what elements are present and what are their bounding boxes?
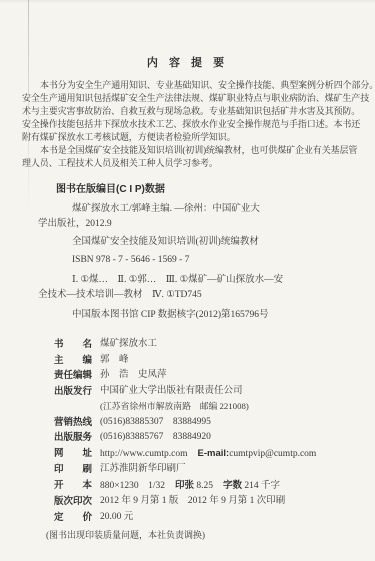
format-details: 880×1230 1/32印张 8.25字数 214 千字 <box>100 478 280 495</box>
summary-line: 附有煤矿探放水工考核试题，方便读者检验所学知识。 <box>22 131 353 144</box>
field-label: 出版服务 <box>54 430 100 446</box>
cip-heading: 图书在版编目(C I P)数据 <box>56 183 353 197</box>
price-value: 20.00 元 <box>100 510 133 526</box>
cip-classification-line-1: Ⅰ. ①煤… Ⅱ. ①郭… Ⅲ. ①煤矿—矿山探放水—安 <box>72 273 353 288</box>
colophon-row-publishing-service: 出版服务 (0516)83885767 83884920 <box>22 430 353 446</box>
field-label: 出版发行 <box>54 384 100 400</box>
colophon-row-chief-editor: 主 编 郭 峰 <box>22 353 353 369</box>
cip-series: 全国煤矿安全技能及知识培训(初训)统编教材 <box>72 235 353 250</box>
summary-paragraph-2: 本书是全国煤矿安全技能及知识培训(初训)统编教材，也可供煤矿企业有关基层管 理人… <box>22 144 353 170</box>
field-label: 营销热线 <box>54 415 100 431</box>
book-copyright-page: 内 容 提 要 本书分为安全生产通用知识、专业基础知识、安全操作技能、典型案例分… <box>0 0 375 561</box>
edition-and-printing: 2012 年 9 月第 1 版 2012 年 9 月第 1 次印刷 <box>100 494 285 510</box>
field-label: 开 本 <box>54 478 100 495</box>
summary-paragraph-1: 本书分为安全生产通用知识、专业基础知识、安全操作技能、典型案例分析四个部分。 安… <box>22 79 353 144</box>
cip-classification-line-2: 全技术—技术培训—教材 Ⅳ. ①TD745 <box>38 288 353 303</box>
cip-entry-line-1: 煤矿探放水工/郭峰主编. —徐州：中国矿业大 <box>72 202 353 217</box>
printed-sheets-value: 8.25 <box>196 481 213 491</box>
colophon-row-format: 开 本 880×1230 1/32印张 8.25字数 214 千字 <box>22 478 353 495</box>
printer-name: 江苏淮阴新华印刷厂 <box>100 462 186 478</box>
trim-size: 880×1230 1/32 <box>100 481 165 491</box>
quality-exchange-note: (图书出现印装质量问题，本社负责调换) <box>46 528 353 541</box>
service-phone-numbers: (0516)83885767 83884920 <box>100 430 211 446</box>
colophon-row-book-name: 书 名 煤矿探放水工 <box>22 337 353 353</box>
responsible-editor-names: 孙 浩 史凤萍 <box>100 368 167 384</box>
field-label: 网 址 <box>54 446 100 463</box>
email-label: E-mail: <box>198 448 230 459</box>
colophon: 书 名 煤矿探放水工 主 编 郭 峰 责任编辑 孙 浩 史凤萍 出版发行 中国矿… <box>22 337 353 541</box>
colophon-row-printer: 印 刷 江苏淮阴新华印刷厂 <box>22 462 353 478</box>
website-url: http://www.cumtp.com <box>100 449 188 459</box>
marketing-phone-numbers: (0516)83885307 83884995 <box>100 415 211 431</box>
summary-line: 安全操作技能包括井下探放水技术工艺、探放水作业安全操作规范与手指口述。本书还 <box>22 118 353 131</box>
word-count-value: 214 千字 <box>244 481 280 491</box>
summary-line: 安全生产通用知识包括煤矿安全生产法律法规、煤矿职业特点与职业病防治、煤矿生产技 <box>22 92 353 105</box>
colophon-row-price: 定 价 20.00 元 <box>22 510 353 526</box>
field-label: 责任编辑 <box>54 368 100 384</box>
field-label-empty <box>54 399 100 415</box>
field-label: 定 价 <box>54 510 100 526</box>
field-label: 主 编 <box>54 353 100 369</box>
email-address: cumtpvip@cumtp.com <box>229 449 316 459</box>
summary-line: 本书是全国煤矿安全技能及知识培训(初训)统编教材，也可供煤矿企业有关基层管 <box>22 144 353 157</box>
book-title: 煤矿探放水工 <box>100 337 157 353</box>
cip-registry-number: 中国版本图书馆 CIP 数据核字(2012)第165796号 <box>72 308 353 323</box>
colophon-row-edition: 版次印次 2012 年 9 月第 1 版 2012 年 9 月第 1 次印刷 <box>22 494 353 510</box>
summary-line: 术与主要灾害事故防治、自救互救与现场急救。专业基础知识包括矿井水害及其预防。 <box>22 105 353 118</box>
summary-line: 本书分为安全生产通用知识、专业基础知识、安全操作技能、典型案例分析四个部分。 <box>22 79 353 92</box>
field-label: 书 名 <box>54 337 100 353</box>
summary-title: 内 容 提 要 <box>22 54 353 70</box>
colophon-row-publisher: 出版发行 中国矿业大学出版社有限责任公司 <box>22 384 353 400</box>
colophon-row-website: 网 址 http://www.cumtp.comE-mail:cumtpvip@… <box>22 446 353 463</box>
field-label: 版次印次 <box>54 494 100 510</box>
cip-entry-line-2: 学出版社，2012.9 <box>38 217 353 232</box>
colophon-row-marketing-hotline: 营销热线 (0516)83885307 83884995 <box>22 415 353 431</box>
publisher-name: 中国矿业大学出版社有限责任公司 <box>100 384 243 400</box>
word-count-label: 字数 <box>223 480 242 491</box>
cip-isbn: ISBN 978 - 7 - 5646 - 1569 - 7 <box>72 253 353 268</box>
chief-editor-name: 郭 峰 <box>100 353 129 369</box>
field-label: 印 刷 <box>54 462 100 478</box>
colophon-row-publisher-address: (江苏省徐州市解放南路 邮编 221008) <box>22 399 353 415</box>
colophon-row-responsible-editor: 责任编辑 孙 浩 史凤萍 <box>22 368 353 384</box>
cip-section: 图书在版编目(C I P)数据 煤矿探放水工/郭峰主编. —徐州：中国矿业大 学… <box>22 183 353 323</box>
printed-sheets-label: 印张 <box>175 480 194 491</box>
website-and-email: http://www.cumtp.comE-mail:cumtpvip@cumt… <box>100 446 316 463</box>
summary-line: 理人员、工程技术人员及相关工种人员学习参考。 <box>22 157 353 170</box>
publisher-address: (江苏省徐州市解放南路 邮编 221008) <box>100 399 249 415</box>
